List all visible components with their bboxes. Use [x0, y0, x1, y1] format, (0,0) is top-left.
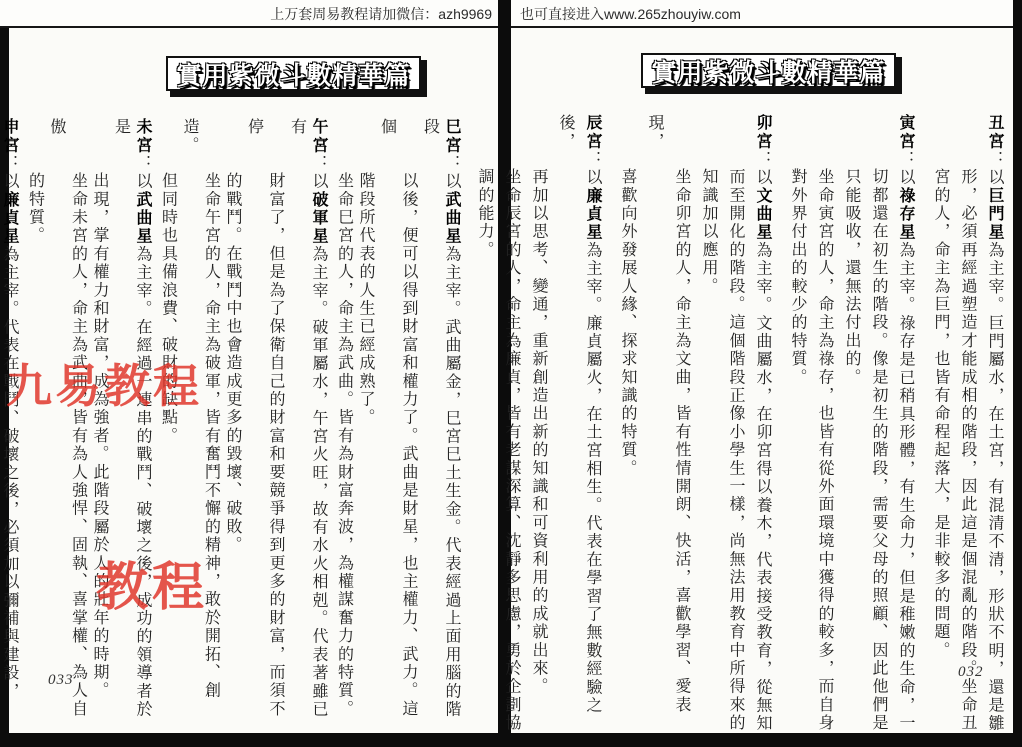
watermark-main: 九易教程 [6, 350, 202, 416]
palace-name: 寅宮 [897, 114, 914, 150]
text-column: 坐命午宮的人，命主為破軍，皆有奮鬥不懈的精神，敢於開拓、創造。 [179, 118, 222, 732]
section-header-column: 卯宮：以文曲星為主宰。文曲屬水，在卯宮得以養木，代表接受教育，從無知 [749, 114, 776, 734]
text-column: 但同時也具備浪費、破財的缺點。 [157, 118, 179, 732]
ruling-star-name: 文曲星 [754, 187, 771, 242]
ruling-star-name: 廉貞星 [1, 191, 18, 246]
section-header-column: 未宮：以武曲星為主宰。在經過一連串的戰鬥、破壞之後，成功的領導者於是 [110, 118, 153, 732]
text-column: 坐命辰宮的人，命主為廉貞，皆有老謀深算、沈靜多思慮，勇於企劃協 [498, 114, 525, 734]
text-column: 的特質。 [24, 118, 46, 732]
palace-name: 申宮 [1, 118, 18, 154]
text-column: 形，必須再經過塑造才能成相的階段，因此這是個混亂的階段。坐命丑 [954, 114, 981, 734]
text-column: 只能吸收，還無法付出的。 [838, 114, 865, 734]
banner-title: 實用紫微斗數精華篇 [651, 53, 885, 89]
text-column: 對外界付出的較少的特質。 [784, 114, 811, 734]
section-header-column: 丑宮：以巨門星為主宰。巨門屬水，在土宮，有混清不清，形狀不明，還是雛 [981, 114, 1008, 734]
section-header-column: 申宮：以廉貞星為主宰。代表在戰鬥、破壞之後，必須加以彌補與建設， [0, 118, 20, 732]
section-header-column: 巳宮：以武曲星為主宰。武曲屬金，巳宮巳土生金。代表經過上面用腦的階段 [419, 118, 462, 732]
section-header-column: 辰宮：以廉貞星為主宰。廉貞屬火，在土宮相生。代表在學習了無數經驗之後， [552, 114, 606, 734]
text-column: 以後，便可以得到財富和權力了。武曲是財星，也主權力、武力。這個 [376, 118, 419, 732]
header-left-text: 上万套周易教程请加微信：azh9969 [270, 4, 492, 24]
text-column: 而至開化的階段。這個階段正像小學生一樣，尚無法用教育中所得來的 [722, 114, 749, 734]
text-column: 坐命未宮的人，命主為武曲，皆有為人強悍、固執、喜掌權、為人自傲 [46, 118, 89, 732]
palace-name: 辰宮 [584, 114, 601, 150]
section-header-column: 寅宮：以祿存星為主宰。祿存是已稍具形體，有生命力，但是稚嫩的生命，一 [892, 114, 919, 734]
scan-edge-bar-bottom [0, 733, 1022, 747]
palace-name: 巳宮 [443, 118, 460, 154]
palace-section-申宮: 申宮：以廉貞星為主宰。代表在戰鬥、破壞之後，必須加以彌補與建設，這些就必須經過嚴… [0, 118, 20, 732]
ruling-star-name: 祿存星 [897, 187, 914, 242]
scan-edge-bar-right [1013, 0, 1022, 733]
palace-section-卯宮: 卯宮：以文曲星為主宰。文曲屬水，在卯宮得以養木，代表接受教育，從無知而至開化的階… [614, 114, 776, 734]
text-column: 知識加以應用。 [695, 114, 722, 734]
palace-name: 丑宮 [986, 114, 1003, 150]
section-header-column: 午宮：以破軍星為主宰。破軍屬水，午宮火旺，故有水火相剋。代表著雖已有 [286, 118, 329, 732]
palace-name: 午宮 [310, 118, 327, 154]
watermark-secondary: 教程 [96, 545, 208, 620]
right-page-title-banner: 實用紫微斗數精華篇 [641, 53, 896, 88]
top-header-strip: 上万套周易教程请加微信：azh9969 也可直接进入www.265zhouyiw… [0, 0, 1022, 26]
right-page-text-block: 丑宮：以巨門星為主宰。巨門屬水，在土宮，有混清不清，形狀不明，還是雛形，必須再經… [522, 114, 1008, 734]
palace-section-辰宮: 辰宮：以廉貞星為主宰。廉貞屬火，在土宮相生。代表在學習了無數經驗之後，再加以思考… [471, 114, 606, 734]
scanned-book-spread: 上万套周易教程请加微信：azh9969 也可直接进入www.265zhouyiw… [0, 0, 1022, 747]
page-number-right: 032 [958, 664, 984, 681]
text-column: 切都還在初生的階段。像是初生的階段，需要父母的照顧、因此他們是 [865, 114, 892, 734]
ruling-star-name: 破軍星 [310, 191, 327, 246]
banner-title: 實用紫微斗數精華篇 [176, 56, 410, 92]
ruling-star-name: 巨門星 [986, 187, 1003, 242]
page-number-left: 033 [48, 672, 74, 689]
text-column: 再加以思考、變通，重新創造出新的知識和可資利用的成就出來。 [525, 114, 552, 734]
header-right-text: 也可直接进入www.265zhouyiw.com [520, 4, 741, 24]
text-column: 坐命卯宮的人，命主為文曲，皆有性情開朗、快活，喜歡學習、愛表現， [641, 114, 695, 734]
palace-section-巳宮: 巳宮：以武曲星為主宰。武曲屬金，巳宮巳土生金。代表經過上面用腦的階段以後，便可以… [333, 118, 462, 732]
palace-name: 卯宮 [754, 114, 771, 150]
text-column: 坐命寅宮的人，命主為祿存，也皆有從外面環境中獲得的較多，而自身 [811, 114, 838, 734]
palace-section-午宮: 午宮：以破軍星為主宰。破軍屬水，午宮火旺，故有水火相剋。代表著雖已有財富了，但是… [157, 118, 329, 732]
left-page-title-banner: 實用紫微斗數精華篇 [166, 56, 421, 91]
palace-section-寅宮: 寅宮：以祿存星為主宰。祿存是已稍具形體，有生命力，但是稚嫩的生命，一切都還在初生… [784, 114, 919, 734]
ruling-star-name: 武曲星 [134, 191, 151, 246]
palace-name: 未宮 [134, 118, 151, 154]
left-page-text-block: 巳宮：以武曲星為主宰。武曲屬金，巳宮巳土生金。代表經過上面用腦的階段以後，便可以… [80, 118, 462, 732]
text-column: 宮的人，命主為巨門，也皆有命程起落大，是非較多的問題。 [927, 114, 954, 734]
palace-section-丑宮: 丑宮：以巨門星為主宰。巨門屬水，在土宮，有混清不清，形狀不明，還是雛形，必須再經… [927, 114, 1008, 734]
text-column: 坐命巳宮的人，命主為武曲。皆有為財富奔波，為權謀奮力的特質。 [333, 118, 355, 732]
palace-section-未宮: 未宮：以武曲星為主宰。在經過一連串的戰鬥、破壞之後，成功的領導者於是出現，掌有權… [24, 118, 153, 732]
text-column: 調的能力。 [471, 114, 498, 734]
text-column: 喜歡向外發展人緣、探求知識的特質。 [614, 114, 641, 734]
text-column: 財富了，但是為了保衛自己的財富和要競爭得到更多的財富，而須不停 [243, 118, 286, 732]
text-column: 的戰鬥。在戰鬥中也會造成更多的毀壞、破敗。 [222, 118, 244, 732]
ruling-star-name: 廉貞星 [584, 187, 601, 242]
ruling-star-name: 武曲星 [443, 191, 460, 246]
header-divider-line [0, 26, 1022, 28]
text-column: 出現，掌有權力和財富，成為強者。此階段屬於人的壯年的時期。 [89, 118, 111, 732]
text-column: 階段所代表的人生已經成熟了。 [355, 118, 377, 732]
